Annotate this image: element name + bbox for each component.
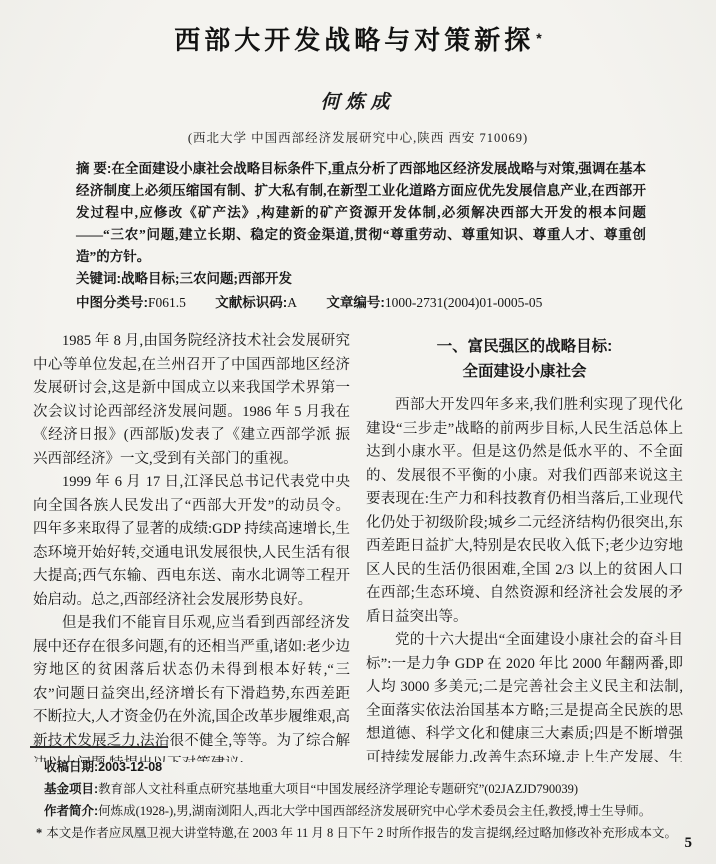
title-footnote: *本文是作者应凤凰卫视大讲堂特邀,在 2003 年 11 月 8 日下午 2 时… [30,822,688,844]
scanned-paper-page: 西部大开发战略与对策新探* 何炼成 (西北大学 中国西部经济发展研究中心,陕西 … [0,0,716,864]
clc-number: 中图分类号:F061.5 [76,295,186,310]
author-bio-label: 作者简介: [44,804,98,818]
footnote-block: 收稿日期:2003-12-08 基金项目:教育部人文社科重点研究基地重大项目“中… [30,746,688,844]
fund-project-note: 基金项目:教育部人文社科重点研究基地重大项目“中国发展经济学理论专题研究”(02… [30,778,688,800]
section-heading-line2: 全面建设小康社会 [366,359,683,384]
footnote-separator [30,746,168,748]
document-code-value: A [287,295,297,310]
fund-project-label: 基金项目: [44,782,98,796]
title-footnote-marker: * [536,30,541,46]
received-date-value: 2003-12-08 [98,760,162,774]
author-bio-note: 作者简介:何炼成(1928-),男,湖南浏阳人,西北大学中国西部经济发展研究中心… [30,800,688,822]
clc-number-label: 中图分类号: [76,295,148,310]
section-heading: 一、富民强区的战略目标: 全面建设小康社会 [366,334,683,384]
author-bio-value: 何炼成(1928-),男,湖南浏阳人,西北大学中国西部经济发展研究中心学术委员会… [98,804,651,818]
paragraph: 但是我们不能盲目乐观,应当看到西部经济发展中还存在很多问题,有的还相当严重,诸如… [33,612,350,762]
paragraph: 1985 年 8 月,由国务院经济技术社会发展研究中心等单位发起,在兰州召开了中… [33,330,350,471]
received-date-label: 收稿日期: [44,760,98,774]
paragraph: 西部大开发四年多来,我们胜利实现了现代化建设“三步走”战略的前两步目标,人民生活… [366,394,683,629]
section-heading-line1: 一、富民强区的战略目标: [366,334,683,359]
article-id-label: 文章编号: [326,295,385,310]
body-columns: 1985 年 8 月,由国务院经济技术社会发展研究中心等单位发起,在兰州召开了中… [33,330,683,762]
clc-number-value: F061.5 [148,295,186,310]
meta-block: 摘 要:在全面建设小康社会战略目标条件下,重点分析了西部地区经济发展战略与对策,… [76,158,646,314]
keywords-text: 战略目标;三农问题;西部开发 [121,271,292,286]
abstract-text: 在全面建设小康社会战略目标条件下,重点分析了西部地区经济发展战略与对策,强调在基… [76,161,646,264]
document-code-label: 文献标识码: [215,295,287,310]
article-id: 文章编号:1000-2731(2004)01-0005-05 [326,295,542,310]
paper-title: 西部大开发战略与对策新探 [174,25,534,55]
footnote-star-marker: * [36,826,42,840]
keywords-label: 关键词: [76,271,121,286]
fund-project-value: 教育部人文社科重点研究基地重大项目“中国发展经济学理论专题研究”(02JAZJD… [98,782,578,796]
classification-line: 中图分类号:F061.5 文献标识码:A 文章编号:1000-2731(2004… [76,292,646,314]
body-right-column: 一、富民强区的战略目标: 全面建设小康社会 西部大开发四年多来,我们胜利实现了现… [366,330,683,762]
paragraph: 党的十六大提出“全面建设小康社会的奋斗目标”:一是力争 GDP 在 2020 年… [366,629,683,762]
page-number: 5 [685,835,693,852]
abstract-label: 摘 要: [76,161,111,176]
body-left-column: 1985 年 8 月,由国务院经济技术社会发展研究中心等单位发起,在兰州召开了中… [33,330,350,762]
abstract: 摘 要:在全面建设小康社会战略目标条件下,重点分析了西部地区经济发展战略与对策,… [76,158,646,268]
keywords: 关键词:战略目标;三农问题;西部开发 [76,268,646,290]
paragraph: 1999 年 6 月 17 日,江泽民总书记代表党中央向全国各族人民发出了“西部… [33,471,350,612]
document-code: 文献标识码:A [215,295,297,310]
article-id-value: 1000-2731(2004)01-0005-05 [385,295,542,310]
author-affiliation: (西北大学 中国西部经济发展研究中心,陕西 西安 710069) [0,128,716,146]
title-footnote-text: 本文是作者应凤凰卫视大讲堂特邀,在 2003 年 11 月 8 日下午 2 时所… [46,826,677,840]
title-block: 西部大开发战略与对策新探* [0,0,716,57]
author-name: 何炼成 [0,87,716,114]
received-date-note: 收稿日期:2003-12-08 [30,756,688,778]
